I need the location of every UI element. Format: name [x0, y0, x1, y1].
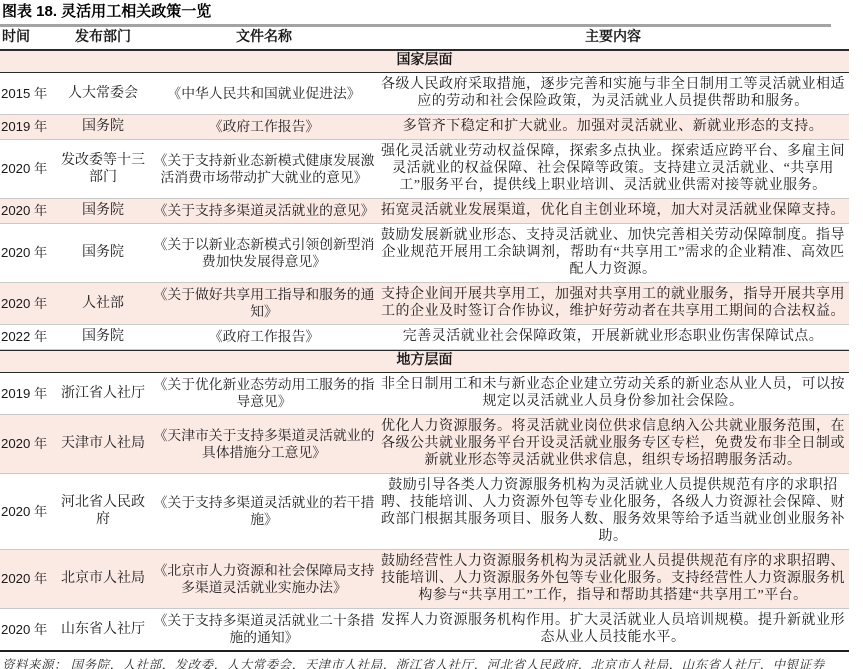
policy-time: 2020 年: [0, 295, 55, 312]
policy-department: 浙江省人社厅: [55, 385, 151, 402]
policy-document-name: 《政府工作报告》: [151, 118, 377, 135]
source-note: 资料来源： 国务院，人社部，发改委，人大常委会，天津市人社局，浙江省人社厅，河北…: [0, 652, 849, 669]
section-label: 地方层面: [397, 353, 453, 368]
policy-main-content: 支持企业间开展共享用工，加强对共享用工的就业服务，指导开展共享用工的企业及时签订…: [377, 286, 849, 320]
policy-document-name: 《关于做好共享用工指导和服务的通知》: [151, 286, 377, 320]
policy-document-name: 《关于优化新业态劳动用工服务的指导意见》: [151, 376, 377, 410]
policy-time: 2020 年: [0, 503, 55, 520]
header-main-content: 主要内容: [377, 29, 849, 46]
policy-row: 2019 年 浙江省人社厅 《关于优化新业态劳动用工服务的指导意见》 非全日制用…: [0, 373, 849, 415]
policy-document-name: 《天津市关于支持多渠道灵活就业的具体措施分工意见》: [151, 427, 377, 461]
policy-main-content: 完善灵活就业社会保障政策，开展新就业形态职业伤害保障试点。: [377, 328, 849, 345]
policy-main-content: 多管齐下稳定和扩大就业。加强对灵活就业、新就业形态的支持。: [377, 118, 849, 135]
policy-time: 2020 年: [0, 570, 55, 587]
policy-department: 山东省人社厅: [55, 621, 151, 638]
policy-department: 河北省人民政府: [55, 494, 151, 528]
policy-table: 时间 发布部门 文件名称 主要内容 国家层面 2015 年 人大常委会 《中华人…: [0, 27, 849, 652]
policy-time: 2019 年: [0, 385, 55, 402]
policy-department: 人社部: [55, 295, 151, 312]
policy-time: 2020 年: [0, 435, 55, 452]
policy-row: 2020 年 国务院 《关于支持多渠道灵活就业的意见》 拓宽灵活就业发展渠道，优…: [0, 199, 849, 224]
policy-row: 2020 年 人社部 《关于做好共享用工指导和服务的通知》 支持企业间开展共享用…: [0, 283, 849, 325]
policy-department: 天津市人社局: [55, 435, 151, 452]
policy-time: 2020 年: [0, 202, 55, 219]
policy-time: 2020 年: [0, 160, 55, 177]
header-document-name: 文件名称: [151, 29, 377, 46]
policy-document-name: 《政府工作报告》: [151, 328, 377, 345]
policy-document-name: 《关于支持多渠道灵活就业的意见》: [151, 202, 377, 219]
policy-department: 国务院: [55, 328, 151, 345]
policy-main-content: 非全日制用工和未与新业态企业建立劳动关系的新业态从业人员，可以按规定以灵活就业人…: [377, 376, 849, 410]
policy-department: 国务院: [55, 244, 151, 261]
policy-row: 2020 年 北京市人社局 《北京市人力资源和社会保障局支持多渠道灵活就业实施办…: [0, 550, 849, 609]
header-time: 时间: [0, 29, 55, 46]
policy-document-name: 《关于支持多渠道灵活就业的若干措施》: [151, 494, 377, 528]
policy-main-content: 各级人民政府采取措施，逐步完善和实施与非全日制用工等灵活就业相适应的劳动和社会保…: [377, 76, 849, 110]
table-header-row: 时间 发布部门 文件名称 主要内容: [0, 27, 849, 50]
policy-department: 国务院: [55, 202, 151, 219]
policy-document-name: 《关于支持多渠道灵活就业二十条措施的通知》: [151, 612, 377, 646]
policy-document-name: 《中华人民共和国就业促进法》: [151, 85, 377, 102]
policy-table-body: 国家层面 2015 年 人大常委会 《中华人民共和国就业促进法》 各级人民政府采…: [0, 50, 849, 652]
policy-time: 2022 年: [0, 328, 55, 345]
policy-department: 国务院: [55, 118, 151, 135]
policy-department: 北京市人社局: [55, 570, 151, 587]
policy-time: 2019 年: [0, 118, 55, 135]
policy-row: 2020 年 发改委等十三部门 《关于支持新业态新模式健康发展激活消费市场带动扩…: [0, 140, 849, 199]
policy-time: 2015 年: [0, 85, 55, 102]
policy-row: 2022 年 国务院 《政府工作报告》 完善灵活就业社会保障政策，开展新就业形态…: [0, 325, 849, 350]
section-header-row: 国家层面: [0, 50, 849, 73]
policy-row: 2015 年 人大常委会 《中华人民共和国就业促进法》 各级人民政府采取措施，逐…: [0, 73, 849, 115]
figure-title: 图表 18. 灵活用工相关政策一览: [0, 0, 849, 24]
section-label: 国家层面: [397, 53, 453, 68]
policy-main-content: 鼓励经营性人力资源服务机构为灵活就业人员提供规范有序的求职招聘、技能培训、人力资…: [377, 553, 849, 604]
section-header-row: 地方层面: [0, 350, 849, 373]
policy-document-name: 《关于以新业态新模式引领创新型消费加快发展得意见》: [151, 236, 377, 270]
policy-main-content: 发挥人力资源服务机构作用。扩大灵活就业人员培训规模。提升新就业形态从业人员技能水…: [377, 612, 849, 646]
policy-row: 2020 年 天津市人社局 《天津市关于支持多渠道灵活就业的具体措施分工意见》 …: [0, 415, 849, 474]
policy-department: 人大常委会: [55, 85, 151, 102]
policy-main-content: 强化灵活就业劳动权益保障，探索多点执业。探索适应跨平台、多雇主间灵活就业的权益保…: [377, 143, 849, 194]
header-department: 发布部门: [55, 29, 151, 46]
policy-row: 2020 年 山东省人社厅 《关于支持多渠道灵活就业二十条措施的通知》 发挥人力…: [0, 609, 849, 652]
policy-time: 2020 年: [0, 621, 55, 638]
policy-main-content: 鼓励发展新就业形态、支持灵活就业、加快完善相关劳动保障制度。指导企业规范开展用工…: [377, 227, 849, 278]
policy-main-content: 鼓励引导各类人力资源服务机构为灵活就业人员提供规范有序的求职招聘、技能培训、人力…: [377, 477, 849, 545]
report-figure: 图表 18. 灵活用工相关政策一览 时间 发布部门 文件名称 主要内容 国家层面…: [0, 0, 849, 669]
policy-row: 2019 年 国务院 《政府工作报告》 多管齐下稳定和扩大就业。加强对灵活就业、…: [0, 115, 849, 140]
policy-main-content: 优化人力资源服务。将灵活就业岗位供求信息纳入公共就业服务范围，在各级公共就业服务…: [377, 418, 849, 469]
policy-document-name: 《北京市人力资源和社会保障局支持多渠道灵活就业实施办法》: [151, 562, 377, 596]
policy-row: 2020 年 国务院 《关于以新业态新模式引领创新型消费加快发展得意见》 鼓励发…: [0, 224, 849, 283]
policy-main-content: 拓宽灵活就业发展渠道，优化自主创业环境，加大对灵活就业保障支持。: [377, 202, 849, 219]
policy-row: 2020 年 河北省人民政府 《关于支持多渠道灵活就业的若干措施》 鼓励引导各类…: [0, 474, 849, 550]
policy-department: 发改委等十三部门: [55, 152, 151, 186]
policy-time: 2020 年: [0, 244, 55, 261]
policy-document-name: 《关于支持新业态新模式健康发展激活消费市场带动扩大就业的意见》: [151, 152, 377, 186]
